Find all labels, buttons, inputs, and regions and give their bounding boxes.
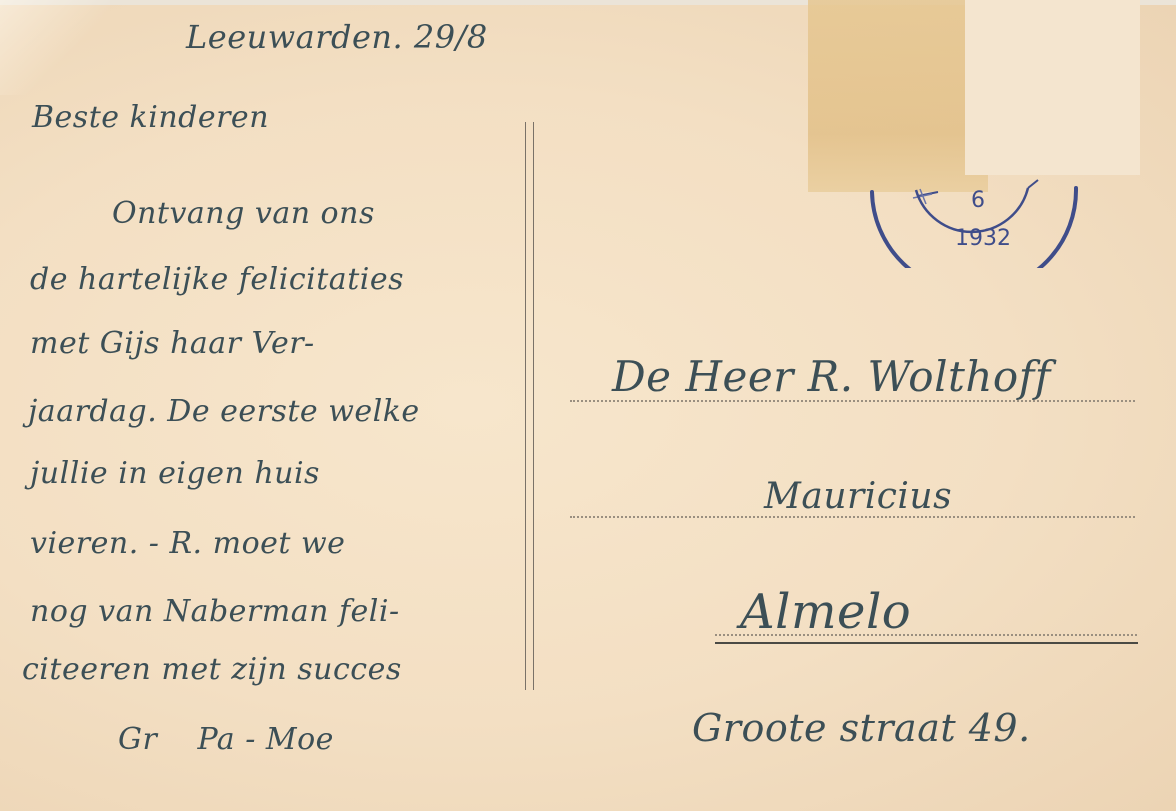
recipient-name: De Heer R. Wolthoff: [612, 352, 1051, 401]
address-city: Almelo: [740, 584, 911, 640]
city-underline: [715, 642, 1138, 644]
corner-crease: [0, 0, 110, 95]
address-line-3: [715, 634, 1137, 636]
message-line: de hartelijke felicitaties: [30, 262, 404, 297]
place-date: Leeuwarden. 29/8: [186, 18, 488, 56]
message-line: met Gijs haar Ver-: [30, 326, 315, 361]
postmark-year: 1932: [955, 226, 1011, 251]
message-line: jullie in eigen huis: [30, 456, 320, 491]
message-line: Ontvang van ons: [112, 196, 375, 231]
closing-signature: Gr Pa - Moe: [118, 722, 334, 757]
address-line-1: [570, 400, 1135, 402]
message-line: vieren. - R. moet we: [30, 526, 345, 561]
salutation: Beste kinderen: [32, 100, 269, 135]
center-divider: [525, 122, 534, 690]
message-line: nog van Naberman feli-: [30, 594, 400, 629]
postmark-day: 6: [971, 188, 985, 213]
message-line: citeeren met zijn succes: [22, 652, 402, 687]
address-line2-text: Mauricius: [764, 476, 952, 517]
postcard: Leeuwarden. 29/8 Beste kinderen Ontvang …: [0, 0, 1176, 811]
message-line: jaardag. De eerste welke: [28, 394, 420, 429]
address-street: Groote straat 49.: [692, 706, 1031, 750]
address-line-2: [570, 516, 1135, 518]
